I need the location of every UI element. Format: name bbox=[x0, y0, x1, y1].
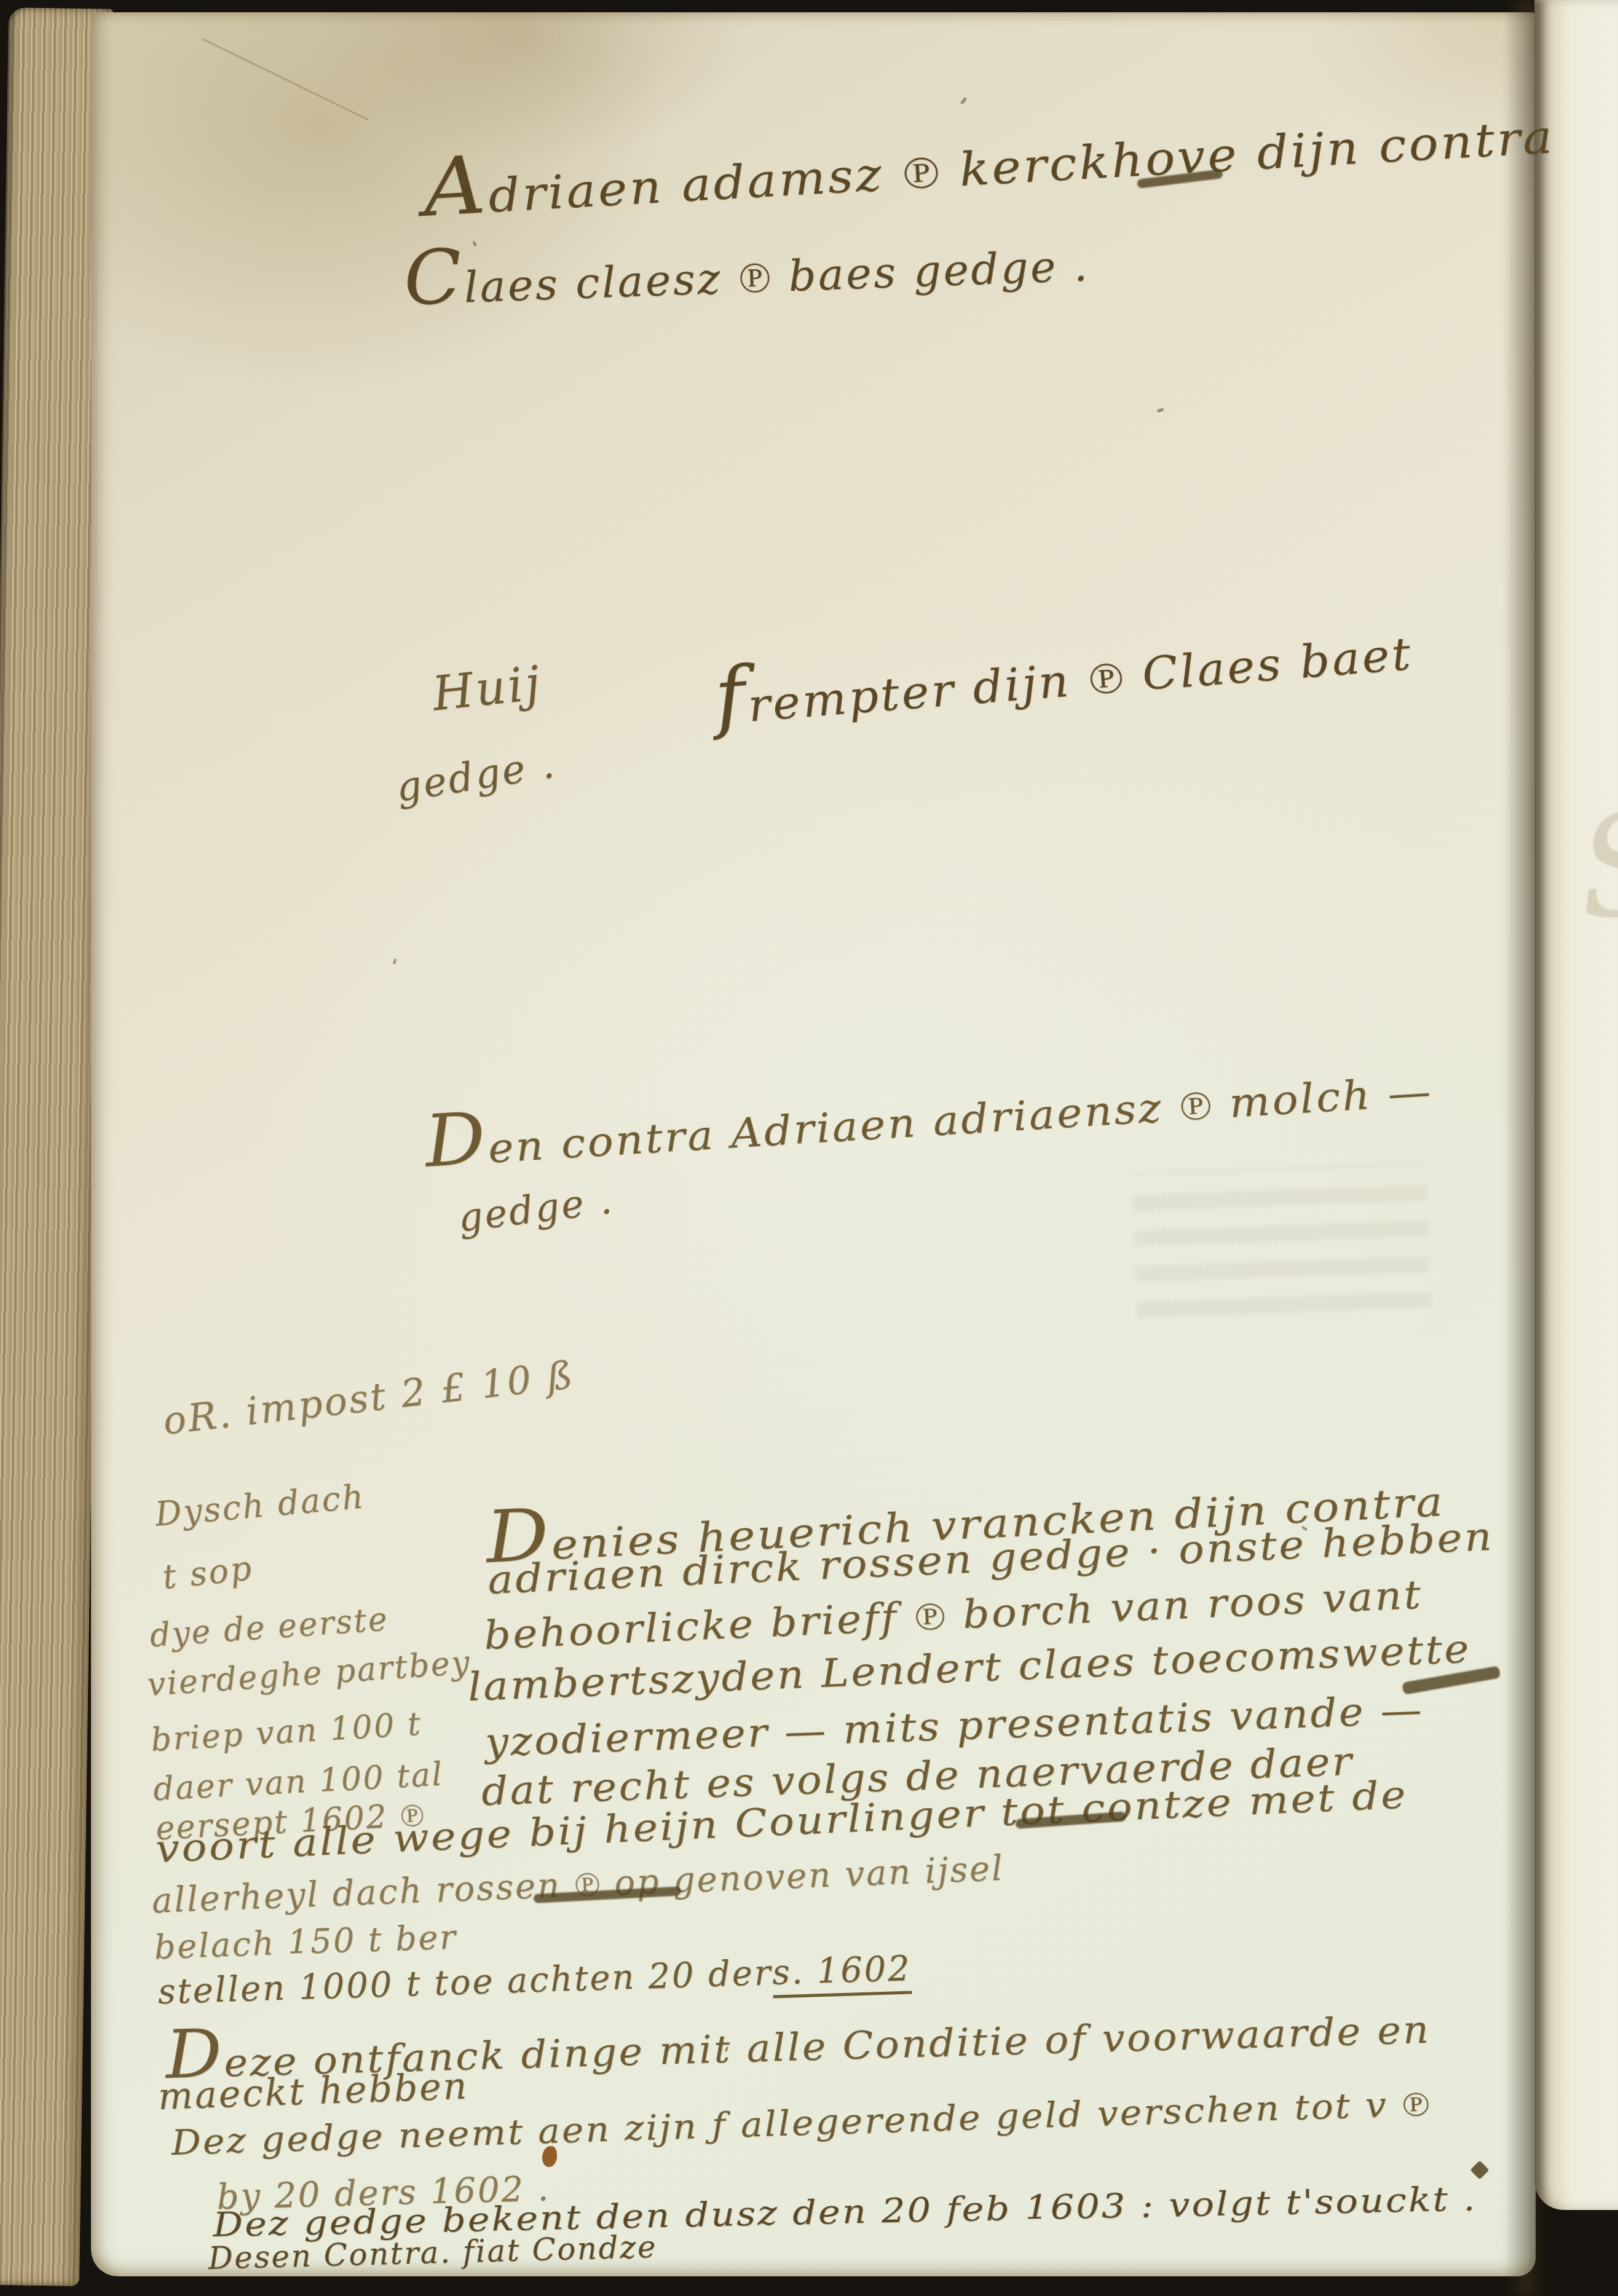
closing-line-4-underlined: s. 1602 bbox=[772, 1948, 912, 1998]
closing-line-6: maeckt hebben bbox=[157, 2067, 469, 2115]
entry2-plaintiff: Huij bbox=[430, 659, 544, 717]
gutter-shadow bbox=[1504, 0, 1549, 2296]
closing-line-3: belach 150 t ber bbox=[154, 1921, 457, 1964]
book-spread: S Adriaen adamsz ℗ kerckhove dijn contra… bbox=[0, 0, 1618, 2296]
margin-note-line-2: t sop bbox=[161, 1552, 255, 1594]
ink-show-through bbox=[1132, 1163, 1432, 1318]
